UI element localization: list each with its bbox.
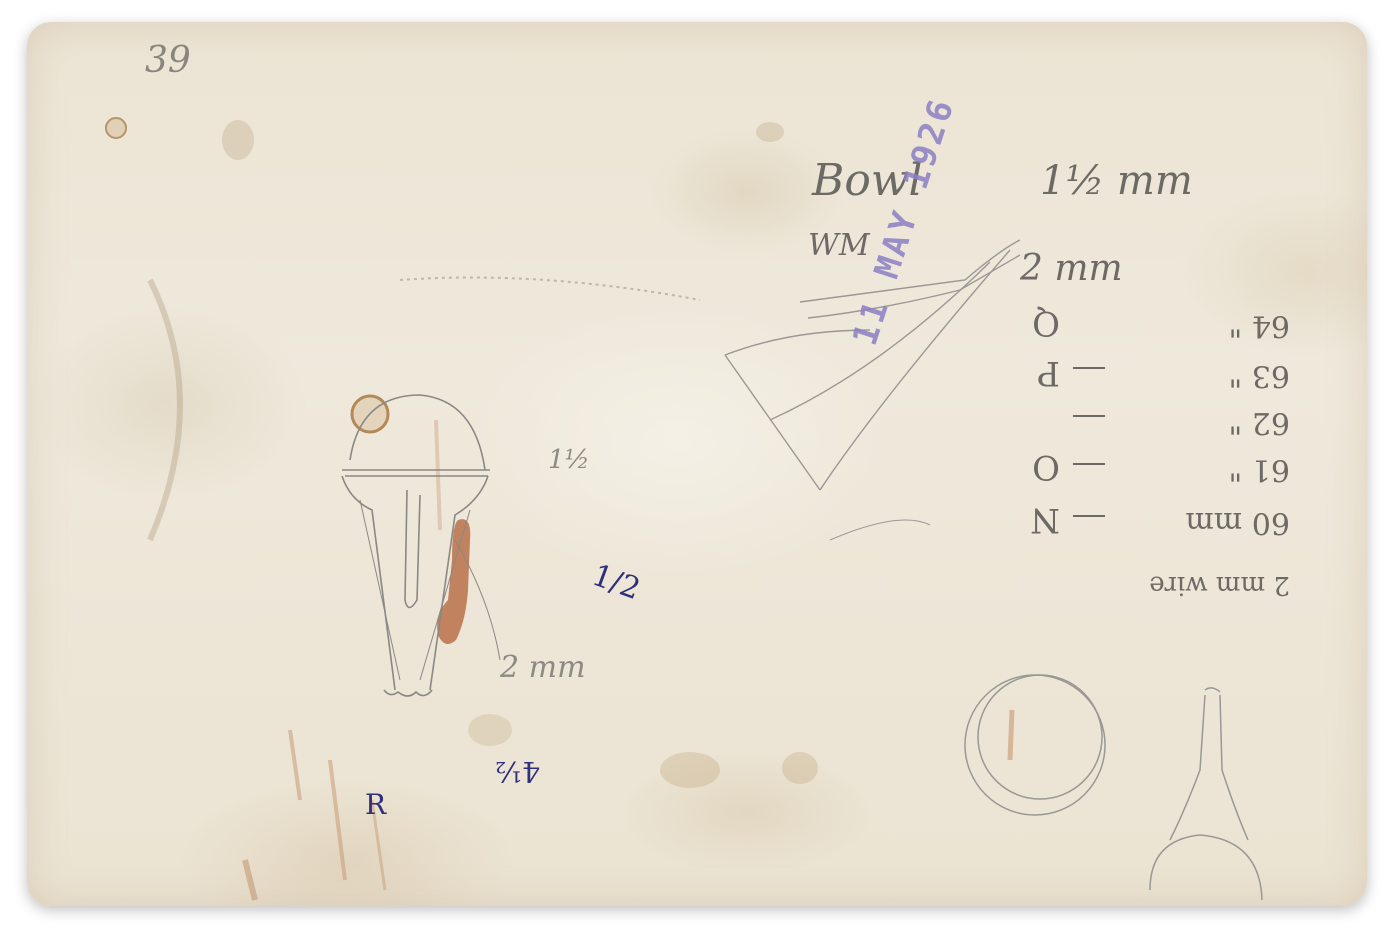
ink-bottom: 4½ <box>495 755 540 788</box>
note-row: 63 " <box>1228 358 1290 393</box>
note-row: 62 " <box>1228 405 1290 440</box>
wm-value: 2 mm <box>1020 248 1123 289</box>
ink-r: R <box>365 788 386 821</box>
corner-number: 39 <box>145 40 191 81</box>
upside-down-notes: 2 mm wire 60 mm N 61 " O 62 " 63 " P 64 … <box>1010 295 1300 605</box>
two-mm-note: 2 mm <box>500 650 586 685</box>
note-letter: Q <box>1032 303 1060 343</box>
note-letter: O <box>1032 447 1060 487</box>
note-row: 64 " <box>1228 308 1290 343</box>
note-row: 61 " <box>1228 452 1290 487</box>
wm-label: WM <box>808 228 870 263</box>
half-mark: 1½ <box>548 445 590 475</box>
note-row: 60 mm <box>1185 505 1290 540</box>
note-letter: N <box>1030 500 1060 540</box>
note-letter: P <box>1037 353 1060 393</box>
note-row: 2 mm wire <box>1149 570 1290 600</box>
bowl-value: 1½ mm <box>1040 158 1193 204</box>
